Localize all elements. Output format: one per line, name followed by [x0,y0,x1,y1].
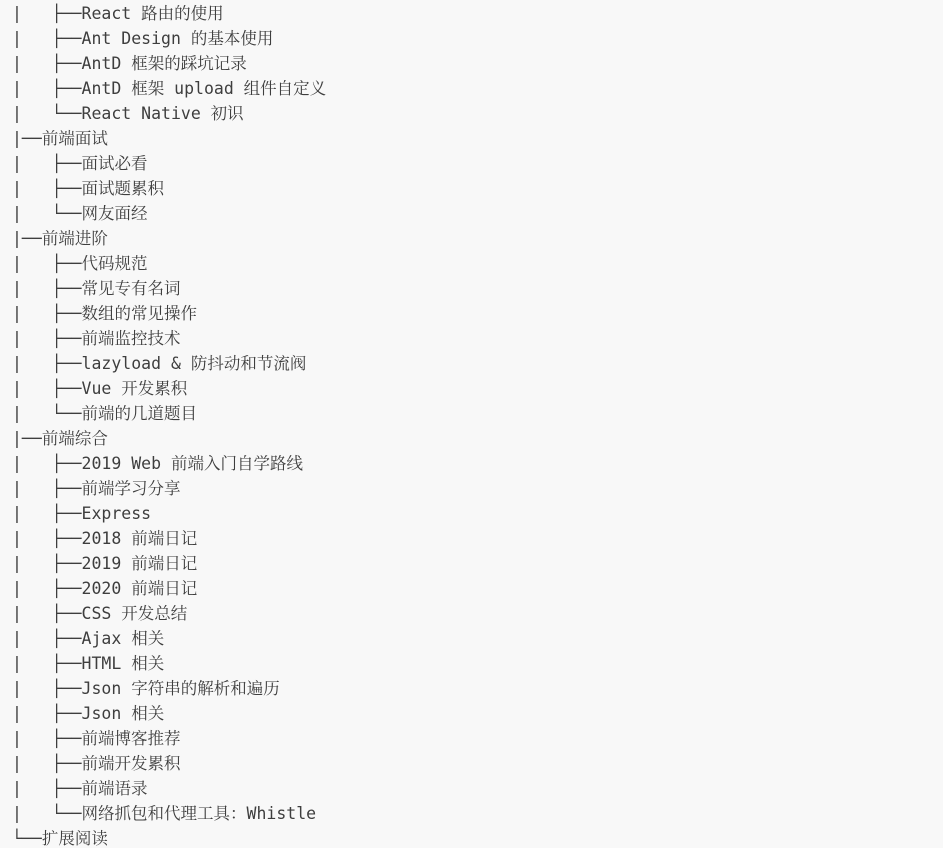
tree-line: |──前端综合 [12,426,943,451]
tree-connector: | ├── [12,529,82,548]
tree-item-label: Json 字符串的解析和遍历 [82,679,280,698]
tree-line: | ├──CSS 开发总结 [12,601,943,626]
tree-line: | ├──Ajax 相关 [12,626,943,651]
tree-connector: |── [12,229,42,248]
tree-connector: | ├── [12,779,82,798]
tree-item-label: Ant Design 的基本使用 [82,29,274,48]
tree-connector: | ├── [12,379,82,398]
tree-item-label: 2020 前端日记 [82,579,198,598]
tree-connector: | ├── [12,304,82,323]
tree-item-label: HTML 相关 [82,654,165,673]
tree-connector: | └── [12,804,82,823]
tree-connector: | ├── [12,554,82,573]
tree-connector: | └── [12,204,82,223]
tree-connector: | ├── [12,679,82,698]
tree-line: | ├──面试必看 [12,151,943,176]
tree-connector: | ├── [12,254,82,273]
tree-line: | ├──前端学习分享 [12,476,943,501]
tree-connector: | ├── [12,79,82,98]
tree-line: | ├──2018 前端日记 [12,526,943,551]
tree-connector: | └── [12,104,82,123]
tree-line: | ├──前端监控技术 [12,326,943,351]
tree-line: | ├──lazyload & 防抖动和节流阀 [12,351,943,376]
tree-line: | ├──AntD 框架 upload 组件自定义 [12,76,943,101]
tree-line: | ├──HTML 相关 [12,651,943,676]
tree-line: | ├──2019 前端日记 [12,551,943,576]
tree-item-label: React 路由的使用 [82,4,224,23]
tree-line: | ├──React 路由的使用 [12,1,943,26]
tree-item-label: 面试题累积 [82,179,165,198]
tree-line: └──扩展阅读 [12,826,943,848]
directory-tree: | ├──React 路由的使用| ├──Ant Design 的基本使用| ├… [0,0,943,848]
tree-line: | ├──Ant Design 的基本使用 [12,26,943,51]
tree-line: | └──网友面经 [12,201,943,226]
tree-connector: | ├── [12,154,82,173]
tree-item-label: 前端语录 [82,779,148,798]
tree-connector: |── [12,129,42,148]
tree-line: | ├──Json 相关 [12,701,943,726]
tree-item-label: 前端进阶 [42,229,108,248]
tree-item-label: lazyload & 防抖动和节流阀 [82,354,307,373]
tree-item-label: 前端的几道题目 [82,404,198,423]
tree-item-label: 网络抓包和代理工具：Whistle [82,804,317,823]
tree-connector: | ├── [12,604,82,623]
tree-line: |──前端面试 [12,126,943,151]
tree-connector: | ├── [12,454,82,473]
tree-line: | ├──面试题累积 [12,176,943,201]
tree-item-label: 2018 前端日记 [82,529,198,548]
tree-line: | ├──2019 Web 前端入门自学路线 [12,451,943,476]
tree-connector: | ├── [12,179,82,198]
tree-item-label: 前端开发累积 [82,754,181,773]
tree-item-label: 前端监控技术 [82,329,181,348]
tree-line: | ├──前端开发累积 [12,751,943,776]
tree-line: | ├──数组的常见操作 [12,301,943,326]
tree-item-label: 常见专有名词 [82,279,181,298]
tree-connector: | ├── [12,54,82,73]
tree-item-label: 前端博客推荐 [82,729,181,748]
tree-connector: | ├── [12,329,82,348]
tree-item-label: 2019 Web 前端入门自学路线 [82,454,303,473]
tree-connector: | ├── [12,579,82,598]
tree-item-label: 前端面试 [42,129,108,148]
tree-line: | └──网络抓包和代理工具：Whistle [12,801,943,826]
tree-connector: | ├── [12,704,82,723]
tree-item-label: Ajax 相关 [82,629,165,648]
tree-item-label: 2019 前端日记 [82,554,198,573]
tree-connector: | ├── [12,754,82,773]
tree-item-label: React Native 初识 [82,104,244,123]
tree-line: | ├──AntD 框架的踩坑记录 [12,51,943,76]
tree-connector: | ├── [12,354,82,373]
tree-item-label: AntD 框架 upload 组件自定义 [82,79,327,98]
tree-item-label: 面试必看 [82,154,148,173]
tree-connector: |── [12,429,42,448]
tree-line: | └──前端的几道题目 [12,401,943,426]
tree-item-label: AntD 框架的踩坑记录 [82,54,247,73]
tree-item-label: 前端综合 [42,429,108,448]
tree-connector: | ├── [12,479,82,498]
tree-line: | ├──Json 字符串的解析和遍历 [12,676,943,701]
tree-line: | ├──常见专有名词 [12,276,943,301]
tree-line: | ├──Express [12,501,943,526]
tree-connector: | ├── [12,654,82,673]
tree-item-label: 代码规范 [82,254,148,273]
tree-line: | └──React Native 初识 [12,101,943,126]
tree-line: | ├──代码规范 [12,251,943,276]
tree-connector: | ├── [12,504,82,523]
tree-line: | ├──2020 前端日记 [12,576,943,601]
tree-connector: | ├── [12,29,82,48]
tree-connector: └── [12,829,42,848]
tree-line: | ├──前端博客推荐 [12,726,943,751]
tree-item-label: Express [82,504,152,523]
tree-item-label: 前端学习分享 [82,479,181,498]
tree-item-label: CSS 开发总结 [82,604,188,623]
tree-item-label: 数组的常见操作 [82,304,198,323]
tree-connector: | ├── [12,729,82,748]
tree-line: | ├──前端语录 [12,776,943,801]
tree-connector: | └── [12,404,82,423]
tree-item-label: Vue 开发累积 [82,379,188,398]
tree-connector: | ├── [12,629,82,648]
tree-line: |──前端进阶 [12,226,943,251]
tree-item-label: 扩展阅读 [42,829,108,848]
tree-connector: | ├── [12,279,82,298]
tree-line: | ├──Vue 开发累积 [12,376,943,401]
tree-item-label: 网友面经 [82,204,148,223]
tree-connector: | ├── [12,4,82,23]
tree-item-label: Json 相关 [82,704,165,723]
